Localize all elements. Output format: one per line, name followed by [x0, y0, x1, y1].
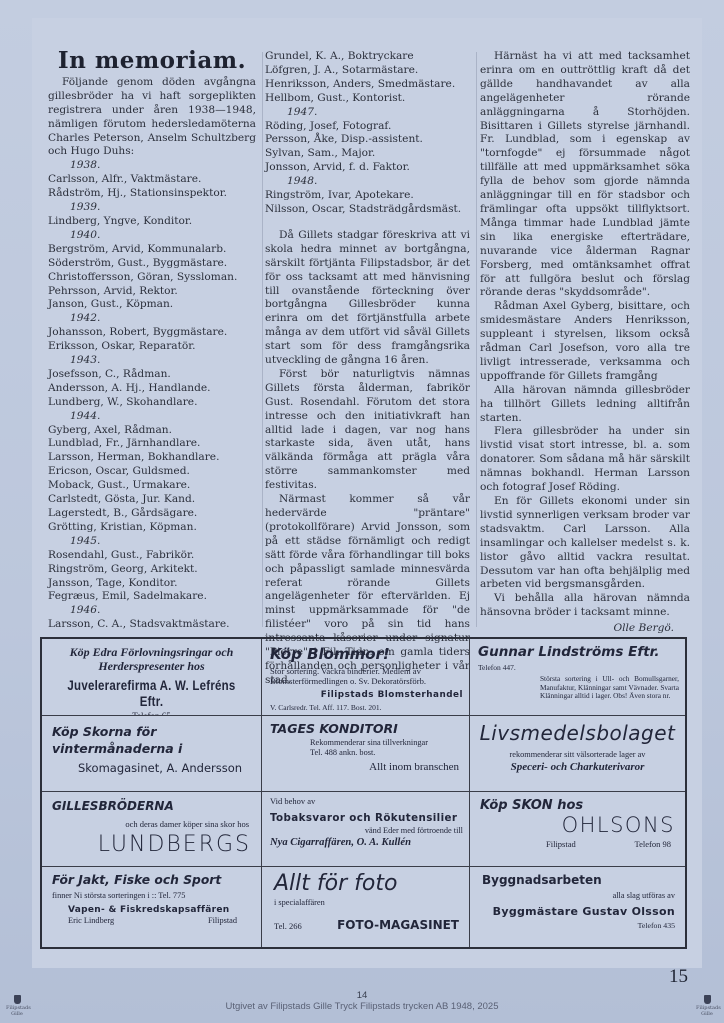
memorial-entry: Grundel, K. A., Boktryckare: [265, 50, 470, 64]
ad-livsmedelsbolaget: Livsmedelsbolaget rekommenderar sitt väl…: [470, 716, 685, 792]
ad-lundbergs-line1: och deras damer köper sina skor hos: [52, 819, 255, 829]
advertisements-grid: Köp Edra Förlovningsringar och Herderspr…: [40, 637, 687, 949]
ad-foto-name: FOTO-MAGASINET: [337, 918, 459, 932]
memorial-entry: Andersson, A. Hj., Handlande.: [48, 382, 256, 396]
ad-blommor-address: V. Carlsredr. Tel. Aff. 117. Bost. 201.: [270, 703, 463, 712]
memorial-entry: Jansson, Tage, Konditor.: [48, 577, 256, 591]
memorial-entry: Josefsson, C., Rådman.: [48, 368, 256, 382]
pdf-page-number: 14: [0, 990, 724, 1001]
ad-livsmedel-line2: Speceri- och Charkuterivaror: [474, 761, 681, 773]
memorial-entry: Fegræus, Emil, Sadelmakare.: [48, 590, 256, 604]
memorial-entry: Gyberg, Axel, Rådman.: [48, 424, 256, 438]
ad-jakt-owner: Eric Lindberg: [68, 916, 114, 925]
memorial-entry: Carlsson, Alfr., Vaktmästare.: [48, 173, 256, 187]
ad-foto-phone: Tel. 266: [274, 921, 302, 931]
memorial-list-part-1: 1938.Carlsson, Alfr., Vaktmästare.Rådstr…: [48, 159, 256, 632]
intro-paragraph: Följande genom döden avgångna gillesbröd…: [48, 76, 256, 159]
ad-ohlsons-name: OHLSONS: [480, 813, 679, 837]
memorial-entry: Nilsson, Oscar, Stadsträdgårdsmäst.: [265, 203, 470, 217]
ad-jakt-name: Vapen- & Fiskredskapsaffären: [52, 905, 253, 915]
year-heading: 1944.: [48, 410, 256, 424]
article-body-col3: Härnäst ha vi att med tacksamhet erinra …: [480, 50, 690, 620]
ad-lindstrom-name: Gunnar Lindströms Eftr.: [478, 644, 679, 660]
column-divider: [262, 52, 263, 627]
ad-ohlsons-city: Filipstad: [546, 839, 576, 849]
ad-tages-line2: Tel. 488 ankn. bost.: [270, 748, 463, 757]
memorial-entry: Sylvan, Sam., Major.: [265, 147, 470, 161]
ad-blommor-body: Stor sortering. Vackra binderier. Medlem…: [270, 666, 463, 686]
ad-lefrens-line1: Köp Edra Förlovningsringar och: [42, 645, 261, 659]
article-paragraph: En för Gillets ekonomi under sin livstid…: [480, 495, 690, 592]
memorial-entry: Janson, Gust., Köpman.: [48, 298, 256, 312]
memorial-entry: Jonsson, Arvid, f. d. Faktor.: [265, 161, 470, 175]
memorial-entry: Carlstedt, Gösta, Jur. Kand.: [48, 493, 256, 507]
ad-lindstrom-body: Största sortering i Ull- och Bomullsgarn…: [540, 675, 679, 701]
ad-lefrens: Köp Edra Förlovningsringar och Herderspr…: [42, 639, 262, 716]
memorial-entry: Rosendahl, Gust., Fabrikör.: [48, 549, 256, 563]
memorial-entry: Henriksson, Anders, Smedmästare.: [265, 78, 470, 92]
year-heading: 1940.: [48, 229, 256, 243]
article-paragraph: Då Gillets stadgar föreskriva att vi sko…: [265, 229, 470, 368]
year-heading: 1939.: [48, 201, 256, 215]
article-paragraph: Först bör naturligtvis nämnas Gillets fö…: [265, 368, 470, 493]
memorial-entry: Lundberg, W., Skohandlare.: [48, 396, 256, 410]
ad-jakt-headline: För Jakt, Fiske och Sport: [52, 873, 253, 887]
ad-kullen-name: Nya Cigarraffären, O. A. Kullén: [270, 837, 463, 848]
page-number: 15: [669, 966, 688, 988]
memorial-entry: Ringström, Georg, Arkitekt.: [48, 563, 256, 577]
year-heading: 1948.: [265, 175, 470, 189]
memorial-entry: Lindberg, Yngve, Konditor.: [48, 215, 256, 229]
ad-skorna: Köp Skorna för vintermånaderna i Skomaga…: [42, 716, 262, 792]
ad-livsmedel-name: Livsmedelsbolaget: [474, 721, 681, 745]
ad-foto-line1: i specialaffären: [274, 898, 463, 907]
ad-lefrens-name: Juvelerarefirma A. W. Lefréns Eftr.: [62, 677, 242, 709]
ad-ohlsons-phone: Telefon 98: [635, 839, 671, 849]
memorial-entry: Hellbom, Gust., Kontorist.: [265, 92, 470, 106]
ad-bygg-phone: Telefon 435: [482, 921, 675, 930]
memorial-entry: Pehrsson, Arvid, Rektor.: [48, 285, 256, 299]
ad-kullen-headline: Tobaksvaror och Rökutensilier: [270, 812, 463, 824]
ad-livsmedel-line1: rekommenderar sitt välsorterade lager av: [474, 750, 681, 759]
memorial-entry: Grötting, Kristian, Köpman.: [48, 521, 256, 535]
memorial-entry: Lundblad, Fr., Järnhandlare.: [48, 437, 256, 451]
column-divider: [476, 52, 477, 627]
year-heading: 1942.: [48, 312, 256, 326]
memorial-entry: Söderström, Gust., Byggmästare.: [48, 257, 256, 271]
memorial-entry: Lagerstedt, B., Gårdsägare.: [48, 507, 256, 521]
ad-jakt-fiske: För Jakt, Fiske och Sport finner Ni stör…: [42, 867, 262, 947]
ad-nya-cigarraffaren: Vid behov av Tobaksvaror och Rökutensili…: [262, 792, 470, 867]
article-column-1: In memoriam. Följande genom döden avgång…: [48, 56, 256, 632]
ad-ohlsons: Köp SKON hos OHLSONS Filipstad Telefon 9…: [470, 792, 685, 867]
ad-bygg-name: Byggmästare Gustav Olsson: [482, 905, 675, 918]
ad-lundbergs-headline: GILLESBRÖDERNA: [52, 799, 255, 813]
article-paragraph: Flera gillesbröder ha under sin livstid …: [480, 425, 690, 495]
year-heading: 1938.: [48, 159, 256, 173]
year-heading: 1946.: [48, 604, 256, 618]
article-column-2: Grundel, K. A., BoktryckareLöfgren, J. A…: [265, 50, 470, 688]
memorial-entry: Larsson, Herman, Bokhandlare.: [48, 451, 256, 465]
memorial-entry: Persson, Åke, Disp.-assistent.: [265, 133, 470, 147]
ad-bygg-headline: Byggnadsarbeten: [482, 873, 675, 887]
ad-lindstrom: Gunnar Lindströms Eftr. Telefon 447. Stö…: [470, 639, 685, 716]
memorial-entry: Bergström, Arvid, Kommunalarb.: [48, 243, 256, 257]
ad-lundbergs-name: LUNDBERGS: [52, 832, 255, 857]
memorial-entry: Röding, Josef, Fotograf.: [265, 120, 470, 134]
ad-skorna-name: Skomagasinet, A. Andersson: [52, 761, 253, 775]
article-paragraph: Rådman Axel Gyberg, bisittare, och smide…: [480, 300, 690, 383]
ad-lindstrom-phone: Telefon 447.: [478, 663, 679, 672]
memorial-entry: Eriksson, Oskar, Reparatör.: [48, 340, 256, 354]
author-signature: Olle Bergö.: [480, 622, 690, 636]
memorial-entry: Rådström, Hj., Stationsinspektor.: [48, 187, 256, 201]
memorial-list-part-2: Grundel, K. A., BoktryckareLöfgren, J. A…: [265, 50, 470, 217]
ad-tages-konditori: TAGES KONDITORI Rekommenderar sina tillv…: [262, 716, 470, 792]
ad-jakt-city: Filipstad: [208, 916, 237, 925]
article-paragraph: Härnäst ha vi att med tacksamhet erinra …: [480, 50, 690, 300]
ad-lefrens-line2: Herderspresenter hos: [42, 659, 261, 673]
ad-foto-headline: Allt för foto: [274, 871, 463, 896]
ad-tages-line1: Rekommenderar sina tillverkningar: [270, 738, 463, 747]
ad-tages-line3: Allt inom branschen: [270, 761, 463, 773]
article-title: In memoriam.: [48, 54, 256, 68]
memorial-entry: Ericson, Oscar, Guldsmed.: [48, 465, 256, 479]
article-column-3: Härnäst ha vi att med tacksamhet erinra …: [480, 50, 690, 636]
ad-skorna-headline: Köp Skorna för vintermånaderna i: [52, 723, 217, 757]
ad-kullen-line1: Vid behov av: [270, 796, 463, 806]
year-heading: 1945.: [48, 535, 256, 549]
article-paragraph: Alla härovan nämnda gillesbröder ha till…: [480, 384, 690, 426]
publisher-credit: Utgivet av Filipstads Gille Tryck Filips…: [0, 1001, 724, 1012]
footer: 14 Utgivet av Filipstads Gille Tryck Fil…: [0, 990, 724, 1012]
ad-ohlsons-headline: Köp SKON hos: [480, 798, 679, 813]
ad-bygg-line1: alla slag utföras av: [482, 891, 675, 900]
ad-foto-magasinet: Allt för foto i specialaffären Tel. 266 …: [262, 867, 470, 947]
ad-kullen-line2: vänd Eder med förtroende till: [270, 826, 463, 835]
ad-tages-name: TAGES KONDITORI: [270, 721, 463, 736]
ad-lundbergs: GILLESBRÖDERNA och deras damer köper sin…: [42, 792, 262, 867]
memorial-entry: Moback, Gust., Urmakare.: [48, 479, 256, 493]
ad-blommor-name: Filipstads Blomsterhandel: [270, 690, 463, 700]
ad-jakt-line1: finner Ni största sorteringen i :: Tel. …: [52, 891, 253, 900]
ad-byggnadsarbeten: Byggnadsarbeten alla slag utföras av Byg…: [470, 867, 685, 947]
year-heading: 1947.: [265, 106, 470, 120]
memorial-entry: Larsson, C. A., Stadsvaktmästare.: [48, 618, 256, 632]
article-body-col2: Då Gillets stadgar föreskriva att vi sko…: [265, 229, 470, 688]
ad-blommor-headline: Köp Blommor!: [270, 645, 463, 663]
memorial-entry: Ringström, Ivar, Apotekare.: [265, 189, 470, 203]
memorial-entry: Johansson, Robert, Byggmästare.: [48, 326, 256, 340]
memorial-entry: Löfgren, J. A., Sotarmästare.: [265, 64, 470, 78]
memorial-entry: Christoffersson, Göran, Syssloman.: [48, 271, 256, 285]
year-heading: 1943.: [48, 354, 256, 368]
ad-blommor: Köp Blommor! Stor sortering. Vackra bind…: [262, 639, 470, 716]
article-paragraph: Vi behålla alla härovan nämnda hänsovna …: [480, 592, 690, 620]
